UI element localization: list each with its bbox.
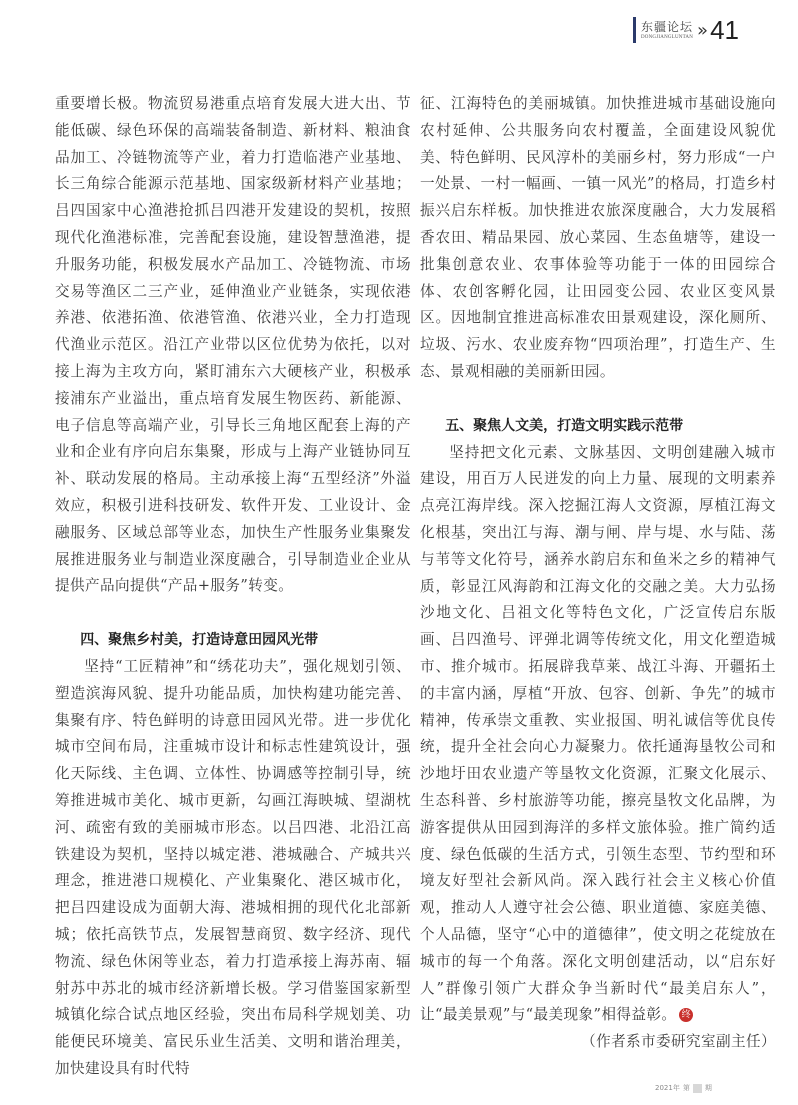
- paragraph-continued: 征、江海特色的美丽城镇。加快推进城市基础设施向农村延伸、公共服务向农村覆盖，全面…: [420, 91, 776, 386]
- page-number: 41: [710, 15, 739, 46]
- footer-qi: 期: [705, 1083, 712, 1093]
- paragraph: 坚持“工匠精神”和“绣花功夫”，强化规划引领、塑造滨海风貌、提升功能品质，加快构…: [55, 654, 411, 1083]
- footer-di: 第: [683, 1083, 690, 1093]
- paragraph-text: 坚持把文化元素、文脉基因、文明创建融入城市建设，用百万人民迸发的向上力量、展现的…: [420, 444, 776, 1024]
- brand-chinese: 东疆论坛: [641, 21, 693, 33]
- double-chevron-icon: »: [697, 20, 708, 41]
- page-footer: 2021年 第 期: [655, 1083, 712, 1093]
- author-note: （作者系市委研究室副主任）: [420, 1029, 776, 1056]
- paragraph: 坚持把文化元素、文脉基因、文明创建融入城市建设，用百万人民迸发的向上力量、展现的…: [420, 440, 776, 1030]
- header-accent-bar: [633, 17, 636, 43]
- footer-year: 2021年: [655, 1083, 680, 1093]
- issue-number-box: [693, 1084, 702, 1093]
- paragraph-continued: 重要增长极。物流贸易港重点培育发展大进大出、节能低碳、绿色环保的高端装备制造、新…: [55, 91, 411, 600]
- magazine-brand: 东疆论坛 DONGJIANGLUNTAN: [641, 21, 693, 40]
- section-heading-5: 五、聚焦人文美，打造文明实践示范带: [420, 413, 776, 440]
- section-heading-4: 四、聚焦乡村美，打造诗意田园风光带: [55, 627, 411, 654]
- page-header: 东疆论坛 DONGJIANGLUNTAN » 41: [633, 14, 739, 46]
- end-mark-icon: 终: [679, 1008, 693, 1022]
- left-column: 重要增长极。物流贸易港重点培育发展大进大出、节能低碳、绿色环保的高端装备制造、新…: [55, 91, 411, 1083]
- right-column: 征、江海特色的美丽城镇。加快推进城市基础设施向农村延伸、公共服务向农村覆盖，全面…: [420, 91, 776, 1056]
- brand-pinyin: DONGJIANGLUNTAN: [641, 35, 693, 40]
